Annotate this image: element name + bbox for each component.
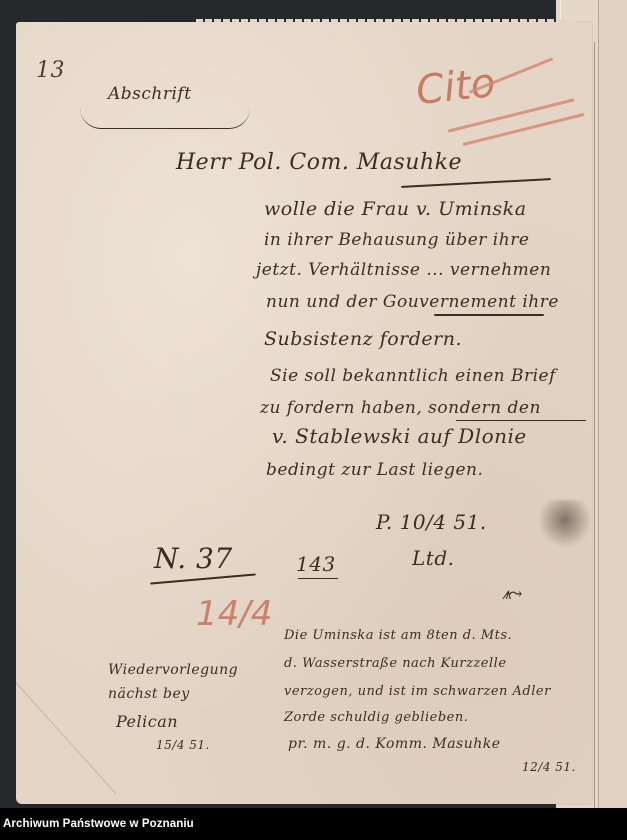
body-line: zu fordern haben, sondern den [260, 398, 541, 418]
red-pencil-date: 14/4 [196, 594, 272, 634]
folio-number: 13 [36, 58, 65, 83]
archive-name: Archiwum Państwowe w Poznaniu [3, 818, 194, 830]
body-line: Herr Pol. Com. Masuhke [176, 150, 462, 175]
document-scan: 13 Abschrift Cito Herr Pol. Com. Masuhke… [0, 0, 627, 808]
register-underline [150, 573, 256, 584]
margin-note-line: nächst bey [108, 686, 190, 702]
report-line: verzogen, und ist im schwarzen Adler [284, 684, 551, 699]
date-mark: P. 10/4 51. [376, 510, 487, 534]
report-line: Die Uminska ist am 8ten d. Mts. [284, 628, 512, 643]
body-line: Sie soll bekanntlich einen Brief [270, 366, 556, 386]
underlying-sheet-edge [598, 0, 627, 808]
body-line: bedingt zur Last liegen. [266, 460, 483, 480]
archive-caption-bar: Archiwum Państwowe w Poznaniu [0, 808, 627, 840]
margin-rule [594, 42, 595, 808]
manuscript-page: 13 Abschrift Cito Herr Pol. Com. Masuhke… [16, 22, 592, 804]
body-line: wolle die Frau v. Uminska [264, 198, 527, 220]
margin-note-date: 15/4 51. [156, 738, 210, 752]
header-note: Abschrift [108, 84, 192, 104]
underline [456, 420, 586, 421]
body-line: v. Stablewski auf Dlonie [272, 424, 527, 448]
report-date: 12/4 51. [522, 760, 576, 774]
journal-number: 143 [296, 552, 336, 576]
report-line: d. Wasserstraße nach Kurzzelle [284, 656, 507, 671]
scribble-mark: ⩚⤳ [502, 584, 520, 604]
name-flourish [401, 178, 551, 187]
body-line: nun und der Gouvernement ihre [266, 292, 559, 312]
journal-underline [298, 578, 338, 579]
paper-fold-crease [15, 682, 116, 794]
body-line: in ihrer Behausung über ihre [264, 230, 529, 250]
body-line: jetzt. Verhältnisse ... vernehmen [256, 260, 551, 280]
initials: Ltd. [412, 546, 454, 570]
header-flourish [80, 108, 250, 129]
report-line: Zorde schuldig geblieben. [284, 710, 468, 725]
red-underline-3 [462, 113, 584, 146]
body-line: Subsistenz fordern. [264, 328, 462, 350]
underline [434, 314, 544, 316]
report-signature-line: pr. m. g. d. Komm. Masuhke [288, 736, 501, 752]
margin-note-signature: Pelican [116, 712, 178, 731]
register-number: N. 37 [154, 542, 233, 575]
ink-smudge [536, 500, 594, 550]
margin-note-line: Wiedervorlegung [108, 662, 238, 678]
